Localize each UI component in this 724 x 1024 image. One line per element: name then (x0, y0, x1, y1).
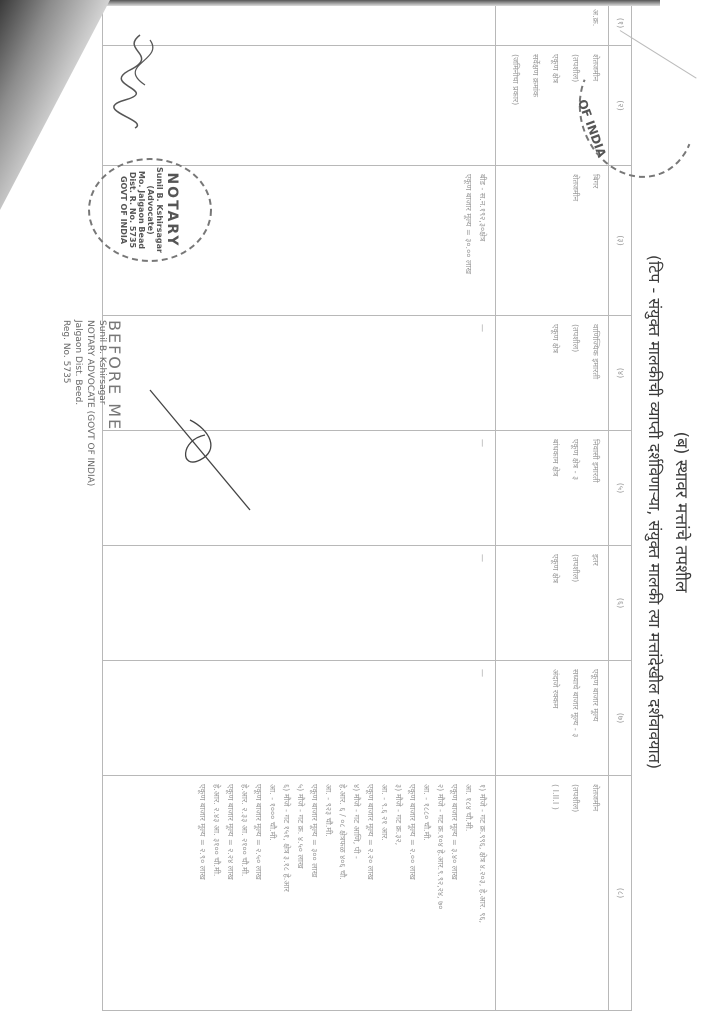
cell-line: — (475, 554, 489, 652)
cell-line: हे.आर. २.३३ आ. २१०० चौ.मी. (237, 784, 251, 1002)
header-line: (जमिनीचा प्रकार) (508, 54, 522, 157)
column-header: शेतजमीन(तपशील)( I.II.I ) (496, 776, 609, 1011)
before-me-stamp: BEFORE ME Sunil B. Kshirsagar NOTARY ADV… (60, 320, 120, 540)
header-line: अ.क्र. (588, 9, 602, 37)
cell-line: ४) मौजे - गट आणि, पी - (349, 784, 363, 1002)
cell-line: आ. - ९.६ २१ आर. (377, 784, 391, 1002)
column-header: वाणिज्यिक इमारती(तपशील)एकूण क्षेत्र (496, 316, 609, 431)
cell-line: ५) मौजे - गट क्र. ४.५० लाख (293, 784, 307, 1002)
cell-line: ३) मौजे - गट क्र.३२, (391, 784, 405, 1002)
header-line: बिगर (588, 174, 602, 307)
column-header: बिगरशेतजमीन (496, 166, 609, 316)
header-line: वाणिज्यिक इमारती (588, 324, 602, 422)
cell-line: एकूण बाजार मूल्य = २.५० लाख (251, 784, 265, 1002)
before-me-line: NOTARY ADVOCATE (GOVT OF INDIA) (84, 320, 96, 540)
cell-line: २) मौजे - गट क्र.१०४ हे.आर.९.९२,२४, ७० (433, 784, 447, 1002)
before-me-line: Jalgaon Dist. Beed. (72, 320, 84, 540)
cell-line: — (475, 669, 489, 767)
header-line: शेतजमीन (568, 174, 582, 307)
header-line: (तपशील) (568, 784, 582, 1002)
column-number: (५) (609, 431, 632, 546)
cell-line: — (475, 324, 489, 422)
column-number: (६) (609, 546, 632, 661)
column-header: इतर(तपशील)एकूण क्षेत्र (496, 546, 609, 661)
header-line: निवासी इमारती (588, 439, 602, 537)
notary-signature-icon (140, 380, 260, 520)
column-number: (८) (609, 776, 632, 1011)
header-line: एकूण बाजार मूल्य (588, 669, 602, 767)
column-header: अ.क्र. (496, 1, 609, 46)
cell-line: आ. - ९२३ चौ.मी. (321, 784, 335, 1002)
cell-line: एकूण बाजार मूल्य = ३.४० लाख (447, 784, 461, 1002)
header-row: अ.क्र.शेतजमीन(तपशील)एकूण क्षेत्रसर्वेक्ष… (496, 1, 609, 1011)
cell-line: एकूण बाजार मूल्य = २.९० लाख (195, 784, 209, 1002)
notary-seal-line: (Advocate) (147, 185, 156, 234)
column-header: निवासी इमारतीएकूण क्षेत्र - ३बांधकाम क्ष… (496, 431, 609, 546)
column-number: (७) (609, 661, 632, 776)
header-line: (तपशील) (568, 554, 582, 652)
notary-seal: NOTARY Sunil B. Kshirsagar (Advocate) Mo… (88, 158, 212, 262)
cell-line: एकूण बाजार मूल्य = २.२० लाख (363, 784, 377, 1002)
notary-seal-line: Sunil B. Kshirsagar (156, 167, 165, 253)
cell-line: आ. - १८८० चौ.मी. (419, 784, 433, 1002)
table-cell: — (103, 661, 496, 776)
table-cell: — (103, 546, 496, 661)
cell-line: एकूण बाजार मूल्य = २.२४ लाख (223, 784, 237, 1002)
header-line: एकूण क्षेत्र (548, 324, 562, 422)
column-number: (३) (609, 166, 632, 316)
cell-line: १) मौजे - गट क्र.९९६, क्षेत्र ४.२०३, हे.… (475, 784, 489, 1002)
before-me-line: Reg. No. 5735 (60, 320, 72, 540)
notary-seal-line: Dist. R. No. 5735 (129, 172, 138, 248)
header-line: बांधकाम क्षेत्र (548, 439, 562, 537)
cell-line: एकूण बाजार मूल्य = २.०० लाख (405, 784, 419, 1002)
column-header: एकूण बाजार मूल्यसध्याचे बाजार मूल्य - ३अ… (496, 661, 609, 776)
header-line: अंदाजे रक्कम (548, 669, 562, 767)
header-line: एकूण क्षेत्र (548, 554, 562, 652)
column-number: (४) (609, 316, 632, 431)
notary-seal-line: Mo. Jalgaon Bead (138, 171, 147, 249)
notary-seal-bottom: GOVT OF INDIA (120, 176, 129, 244)
table-cell: १) मौजे - गट क्र.९९६, क्षेत्र ४.२०३, हे.… (103, 776, 496, 1011)
header-line: सर्वेक्षण क्रमांक (528, 54, 542, 157)
cell-line: — (475, 439, 489, 537)
cell-line: एकूण बाजार मूल्य = ३०० लाख (307, 784, 321, 1002)
cell-line: आ. १८४ चौ.मी. (461, 784, 475, 1002)
signature-scribble-icon (110, 30, 170, 130)
cell-line: एकूण बाजार मूल्य = ३०.०० लाख (461, 174, 475, 307)
header-line: एकूण क्षेत्र - ३ (568, 439, 582, 537)
column-number: (१) (609, 1, 632, 46)
cell-line: आ. - १००० चौ.मी. (265, 784, 279, 1002)
header-line: सध्याचे बाजार मूल्य - ३ (568, 669, 582, 767)
header-line: इतर (588, 554, 602, 652)
cell-line: हे.आर. २.४३ आ. ३१०० चौ.मी. (209, 784, 223, 1002)
header-line: एकूण क्षेत्र (548, 54, 562, 157)
cell-line: ६) मौजे - गट १५१, क्षेत्र ३.१८ हे.आर (279, 784, 293, 1002)
cell-line: बीड - स.न.१९२,३०क्षेत्र (475, 174, 489, 307)
cell-line: हे.आर. ६ / ०८ क्षेत्रफळ ४०६ चौ. (335, 784, 349, 1002)
header-line: ( I.II.I ) (548, 784, 562, 1002)
header-line: (तपशील) (568, 324, 582, 422)
before-me-title: BEFORE ME (108, 320, 120, 540)
page-top-edge (60, 0, 660, 6)
notary-seal-top: NOTARY (165, 172, 181, 247)
header-line: शेतजमीन (588, 784, 602, 1002)
